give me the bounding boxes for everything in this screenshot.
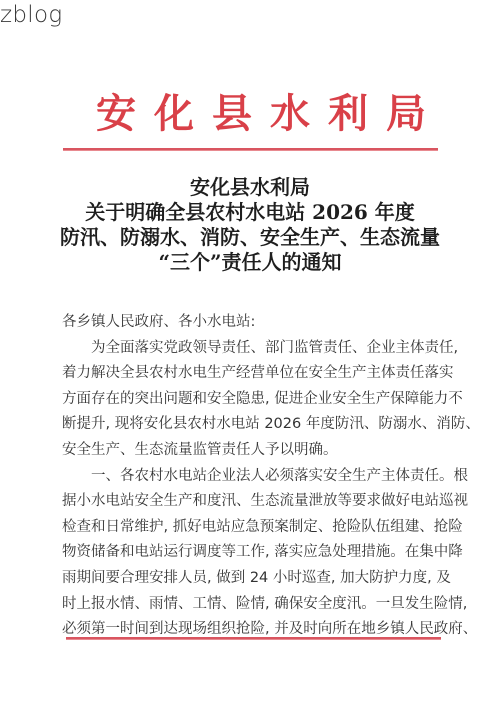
red-separator-rule-top <box>63 148 438 151</box>
title-line-notice: “三个”责任人的通知 <box>40 250 460 275</box>
red-separator-rule-bottom <box>66 637 441 640</box>
title-line-categories: 防汛、防溺水、消防、安全生产、生态流量 <box>40 225 460 250</box>
document-page: 安化县水利局 安化县水利局 关于明确全县农村水电站 2026 年度 防汛、防溺水… <box>0 0 500 707</box>
paragraph-line: 雨期间要合理安排人员, 做到 24 小时巡查, 加大防护力度, 及 <box>62 566 442 592</box>
paragraph-line: 时上报水情、雨情、工情、险情, 确保安全度汛。一旦发生险情, <box>62 592 442 618</box>
organization-red-header: 安化县水利局 <box>60 90 470 138</box>
paragraph-intro: 为全面落实党政领导责任、部门监管责任、企业主体责任, 着力解决全县农村水电生产经… <box>62 336 442 464</box>
paragraph-line: 为全面落实党政领导责任、部门监管责任、企业主体责任, <box>62 336 442 362</box>
title-line-subject: 关于明确全县农村水电站 2026 年度 <box>40 200 460 225</box>
paragraph-line: 物资储备和电站运行调度等工作, 落实应急处理措施。在集中降 <box>62 540 442 566</box>
document-title: 安化县水利局 关于明确全县农村水电站 2026 年度 防汛、防溺水、消防、安全生… <box>40 175 460 275</box>
paragraph-line: 断提升, 现将安化县农村水电站 2026 年度防汛、防溺水、消防、 <box>62 412 442 438</box>
paragraph-section-one: 一、各农村水电站企业法人必须落实安全生产主体责任。根 据小水电站安全生产和度汛、… <box>62 464 442 643</box>
title-line-issuer: 安化县水利局 <box>40 175 460 200</box>
paragraph-line: 着力解决全县农村水电生产经营单位在安全生产主体责任落实 <box>62 361 442 387</box>
salutation: 各乡镇人民政府、各小水电站: <box>62 310 442 336</box>
document-body: 各乡镇人民政府、各小水电站: 为全面落实党政领导责任、部门监管责任、企业主体责任… <box>62 310 442 643</box>
paragraph-line: 方面存在的突出问题和安全隐患, 促进企业安全生产保障能力不 <box>62 387 442 413</box>
paragraph-line: 安全生产、生态流量监管责任人予以明确。 <box>62 438 442 464</box>
paragraph-line: 一、各农村水电站企业法人必须落实安全生产主体责任。根 <box>62 464 442 490</box>
paragraph-line: 检查和日常维护, 抓好电站应急预案制定、抢险队伍组建、抢险 <box>62 515 442 541</box>
paragraph-line: 据小水电站安全生产和度汛、生态流量泄放等要求做好电站巡视 <box>62 489 442 515</box>
